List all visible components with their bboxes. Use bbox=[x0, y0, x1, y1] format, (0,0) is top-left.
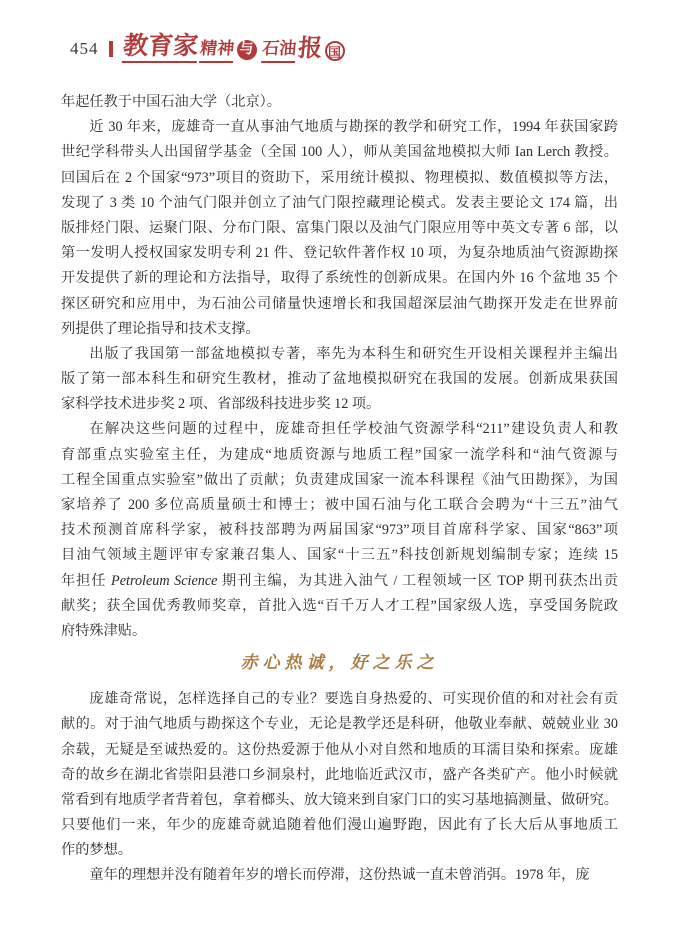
text-line: 献奖；获全国优秀教师奖章，首批入选“百千万人才工程”国家级人选，享受国务院政 bbox=[61, 594, 618, 619]
text-line: 献的。对于油气地质与勘探这个专业，无论是教学还是科研，他敬业奉献、兢兢业业 30 bbox=[61, 712, 618, 737]
text-line: 府特殊津贴。 bbox=[61, 619, 618, 644]
text-line: 版了第一部本科生和研究生教材，推动了盆地模拟研究在我国的发展。创新成果获国 bbox=[61, 367, 618, 392]
text-line: 年起任教于中国石油大学（北京）。 bbox=[61, 90, 618, 115]
text-line: 发现了 3 类 10 个油气门限并创立了油气门限控藏理论模式。发表主要论文 17… bbox=[61, 191, 618, 216]
text-line: 目油气领域主题评审专家兼召集人、国家“十三五”科技创新规划编制专家；连续 15 bbox=[61, 543, 618, 568]
text-line: 第一发明人授权国家发明专利 21 件、登记软件著作权 10 项，为复杂地质油气资… bbox=[61, 241, 618, 266]
logo-circle-yu: 与 bbox=[237, 40, 257, 60]
page-header: 454 教育家 精神 与 石油 报 国 bbox=[70, 34, 345, 63]
logo-text-bao: 报 bbox=[296, 37, 322, 63]
text-line: 年担任 Petroleum Science 期刊主编，为其进入油气 / 工程领域… bbox=[61, 569, 618, 594]
text-line: 列提供了理论指导和技术支撑。 bbox=[61, 317, 618, 342]
header-divider-bar bbox=[109, 41, 113, 57]
text-line: 技术预测首席科学家，被科技部聘为两届国家“973”项目首席科学家、国家“863”… bbox=[61, 518, 618, 543]
logo-text-petroleum: 石油 bbox=[261, 40, 297, 63]
text-line: 版排烃门限、运聚门限、分布门限、富集门限以及油气门限应用等中英文专著 6 部，以 bbox=[61, 216, 618, 241]
text-line: 童年的理想并没有随着年岁的增长而停滞，这份热诚一直未曾消弭。1978 年，庞 bbox=[61, 863, 618, 888]
article-body: 年起任教于中国石油大学（北京）。近 30 年来，庞雄奇一直从事油气地质与勘探的教… bbox=[61, 90, 618, 889]
text-line: 家科学技术进步奖 2 项、省部级科技进步奖 12 项。 bbox=[61, 392, 618, 417]
page-number: 454 bbox=[70, 39, 99, 63]
logo-text-educator: 教育家 bbox=[121, 34, 199, 63]
text-line: 只要他们一来，年少的庞雄奇就追随着他们漫山遍野跑，因此有了长大后从事地质工 bbox=[61, 813, 618, 838]
text-line: 育部重点实验室主任，为建成“地质资源与地质工程”国家一流学科和“油气资源与 bbox=[61, 443, 618, 468]
text-line: 近 30 年来，庞雄奇一直从事油气地质与勘探的教学和研究工作，1994 年获国家… bbox=[61, 115, 618, 140]
journal-name-italic: Petroleum Science bbox=[111, 573, 217, 589]
text-line: 在解决这些问题的过程中，庞雄奇担任学校油气资源学科“211”建设负责人和教 bbox=[61, 417, 618, 442]
text-line: 奇的故乡在湖北省崇阳县港口乡洞泉村，此地临近武汉市，盛产各类矿产。他小时候就 bbox=[61, 763, 618, 788]
brand-logo: 教育家 精神 与 石油 报 国 bbox=[123, 34, 345, 63]
text-line: 出版了我国第一部盆地模拟专著，率先为本科生和研究生开设相关课程并主编出 bbox=[61, 342, 618, 367]
text-line: 回国后在 2 个国家“973”项目的资助下，采用统计模拟、物理模拟、数值模拟等方… bbox=[61, 166, 618, 191]
text-line: 家培养了 200 多位高质量硕士和博士；被中国石油与化工联合会聘为“十三五”油气 bbox=[61, 493, 618, 518]
logo-text-spirit: 精神 bbox=[199, 40, 235, 63]
logo-circle-guo: 国 bbox=[325, 41, 345, 61]
section-heading: 赤心热诚，好之乐之 bbox=[61, 651, 618, 675]
text-line: 庞雄奇常说，怎样选择自己的专业？要选自身热爱的、可实现价值的和对社会有贡 bbox=[61, 687, 618, 712]
text-segment: 年担任 bbox=[61, 573, 111, 589]
text-line: 开发提供了新的理论和方法指导，取得了系统性的创新成果。在国内外 16 个盆地 3… bbox=[61, 266, 618, 291]
text-line: 探区研究和应用中，为石油公司储量快速增长和我国超深层油气勘探开发走在世界前 bbox=[61, 292, 618, 317]
text-line: 常看到有地质学者背着包，拿着榔头、放大镜来到自家门口的实习基地搞测量、做研究。 bbox=[61, 788, 618, 813]
text-line: 工程全国重点实验室”做出了贡献；负责建成国家一流本科课程《油气田勘探》，为国 bbox=[61, 468, 618, 493]
text-line: 余载，无疑是至诚热爱的。这份热爱源于他从小对自然和地质的耳濡目染和探索。庞雄 bbox=[61, 738, 618, 763]
text-segment: 期刊主编，为其进入油气 / 工程领域一区 TOP 期刊获杰出贡 bbox=[217, 573, 618, 589]
text-line: 世纪学科带头人出国留学基金（全国 100 人），师从美国盆地模拟大师 Ian L… bbox=[61, 140, 618, 165]
text-line: 作的梦想。 bbox=[61, 838, 618, 863]
